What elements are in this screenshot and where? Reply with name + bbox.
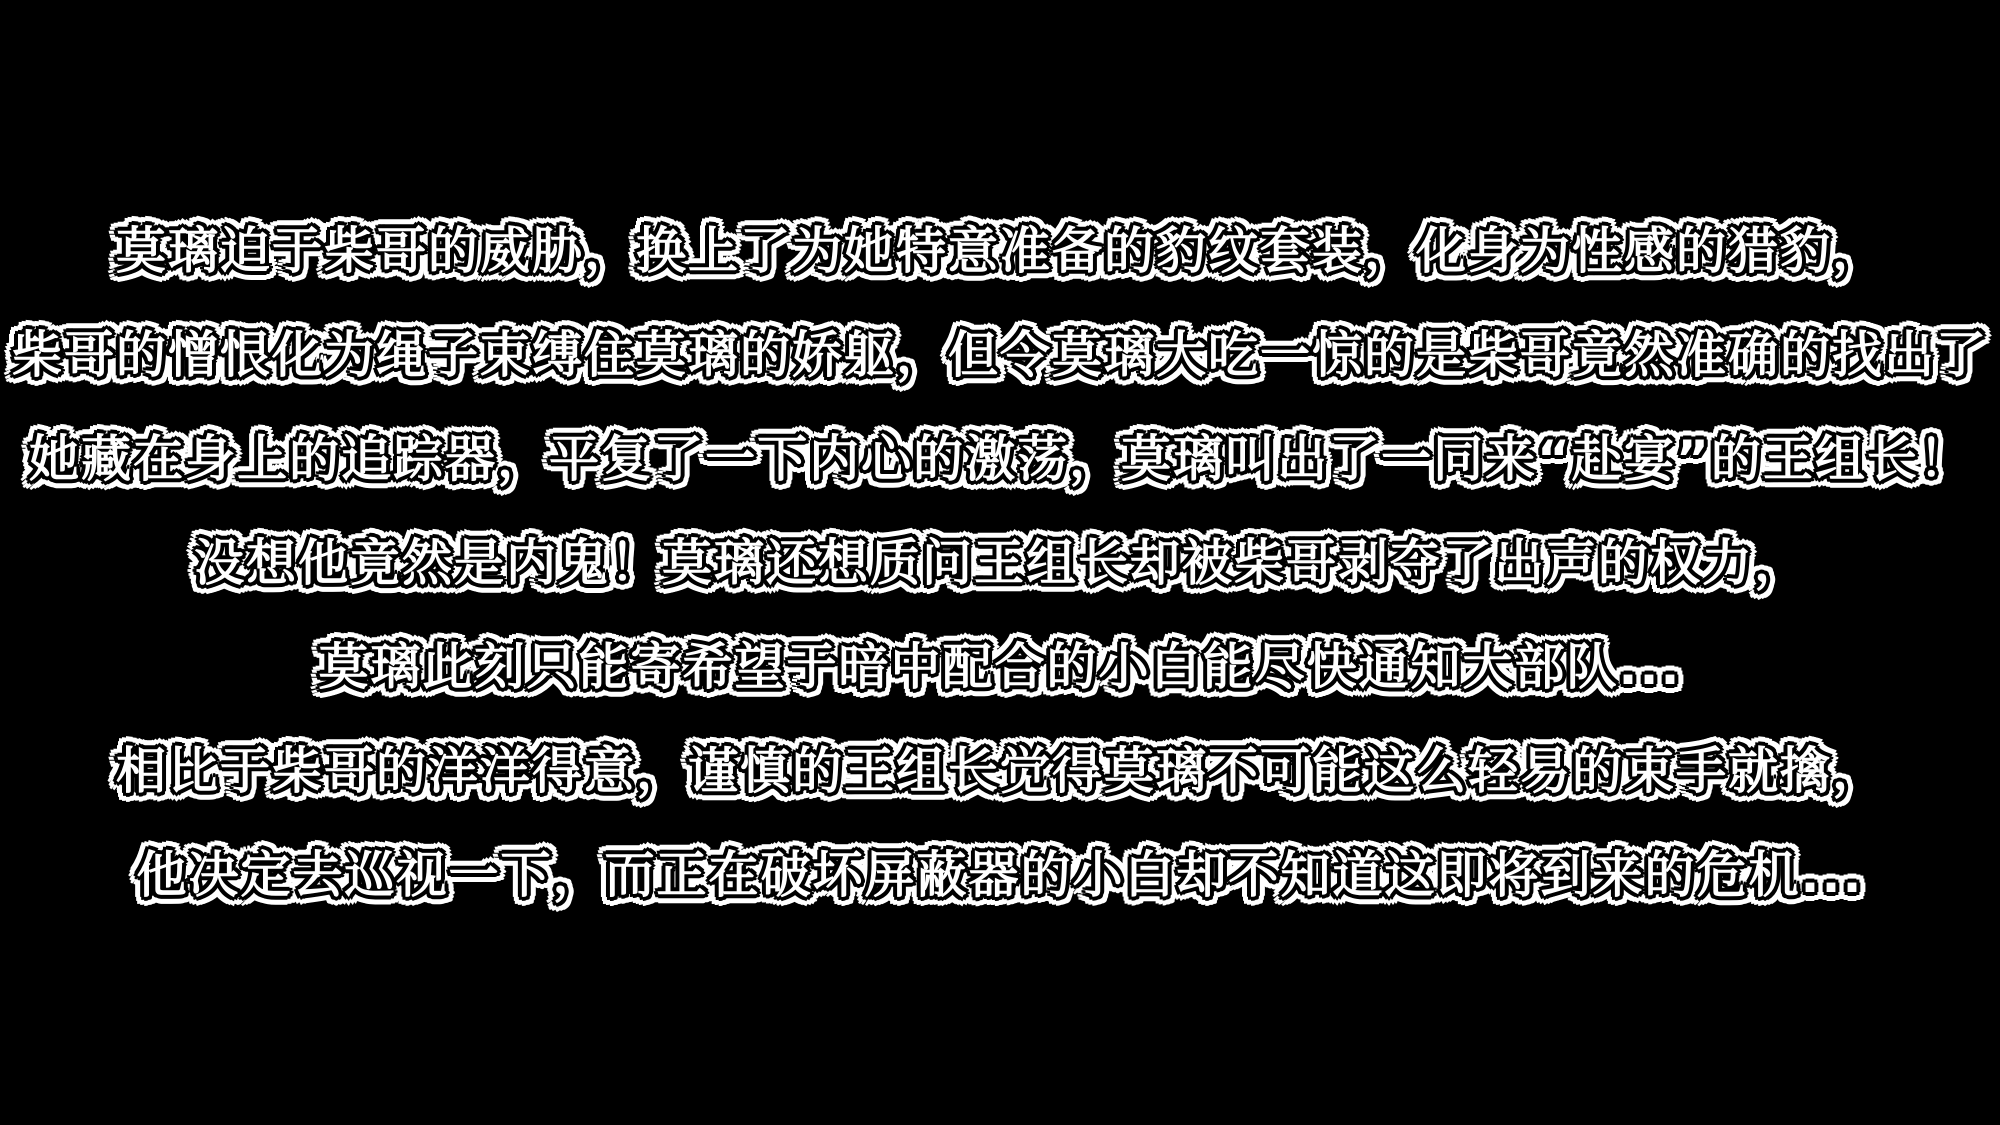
subtitle-line-5: 莫璃此刻只能寄希望于暗中配合的小白能尽快通知大部队...	[319, 615, 1682, 719]
subtitle-line-7: 他决定去巡视一下，而正在破坏屏蔽器的小白却不知道这即将到来的危机...	[137, 823, 1864, 927]
subtitle-line-6: 相比于柴哥的洋洋得意，谨慎的王组长觉得莫璃不可能这么轻易的束手就擒，	[116, 719, 1884, 823]
subtitle-line-1: 莫璃迫于柴哥的威胁，换上了为她特意准备的豹纹套装，化身为性感的猎豹，	[116, 199, 1884, 303]
subtitle-line-4: 没想他竟然是内鬼！莫璃还想质问王组长却被柴哥剥夺了出声的权力，	[194, 511, 1806, 615]
video-text-frame: 莫璃迫于柴哥的威胁，换上了为她特意准备的豹纹套装，化身为性感的猎豹， 柴哥的憎恨…	[0, 0, 2000, 1125]
subtitle-line-3: 她藏在身上的追踪器，平复了一下内心的激荡，莫璃叫出了一同来“赴宴”的王组长！	[29, 407, 1971, 511]
subtitle-line-2: 柴哥的憎恨化为绳子束缚住莫璃的娇躯，但令莫璃大吃一惊的是柴哥竟然准确的找出了	[12, 303, 1988, 407]
